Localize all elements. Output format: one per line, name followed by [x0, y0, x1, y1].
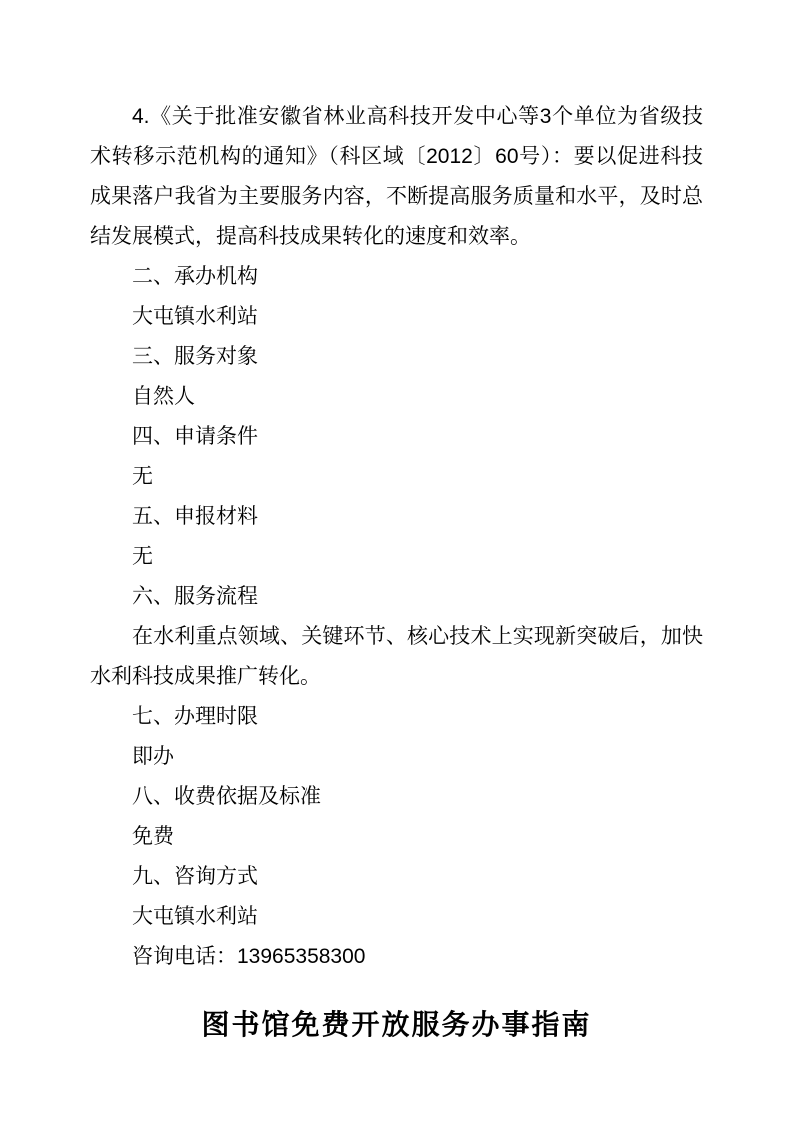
section-content-fuwu-liucheng: 在水利重点领域、关键环节、核心技术上实现新突破后，加快水利科技成果推广转化。 — [90, 617, 703, 697]
section-heading-banli-shixian: 七、办理时限 — [90, 697, 703, 737]
intro-paragraph: 4.《关于批准安徽省林业高科技开发中心等3个单位为省级技术转移示范机构的通知》（… — [90, 97, 703, 257]
section-content-zixun-fangshi: 大屯镇水利站 — [90, 897, 703, 937]
section-heading-shenbao-cailiao: 五、申报材料 — [90, 497, 703, 537]
section-heading-chengban-jigou: 二、承办机构 — [90, 257, 703, 297]
section-heading-fuwu-duixiang: 三、服务对象 — [90, 337, 703, 377]
contact-phone-line: 咨询电话：13965358300 — [90, 937, 703, 977]
section-content-chengban-jigou: 大屯镇水利站 — [90, 297, 703, 337]
section-content-fuwu-duixiang: 自然人 — [90, 377, 703, 417]
section-content-banli-shixian: 即办 — [90, 737, 703, 777]
next-guide-title: 图书馆免费开放服务办事指南 — [90, 1003, 703, 1047]
section-heading-shenqing-tiaojian: 四、申请条件 — [90, 417, 703, 457]
document-page: 4.《关于批准安徽省林业高科技开发中心等3个单位为省级技术转移示范机构的通知》（… — [0, 0, 793, 1122]
section-content-shoufei-yiju: 免费 — [90, 817, 703, 857]
section-content-shenqing-tiaojian: 无 — [90, 457, 703, 497]
section-heading-zixun-fangshi: 九、咨询方式 — [90, 857, 703, 897]
section-heading-fuwu-liucheng: 六、服务流程 — [90, 577, 703, 617]
section-heading-shoufei-yiju: 八、收费依据及标准 — [90, 777, 703, 817]
section-content-shenbao-cailiao: 无 — [90, 537, 703, 577]
